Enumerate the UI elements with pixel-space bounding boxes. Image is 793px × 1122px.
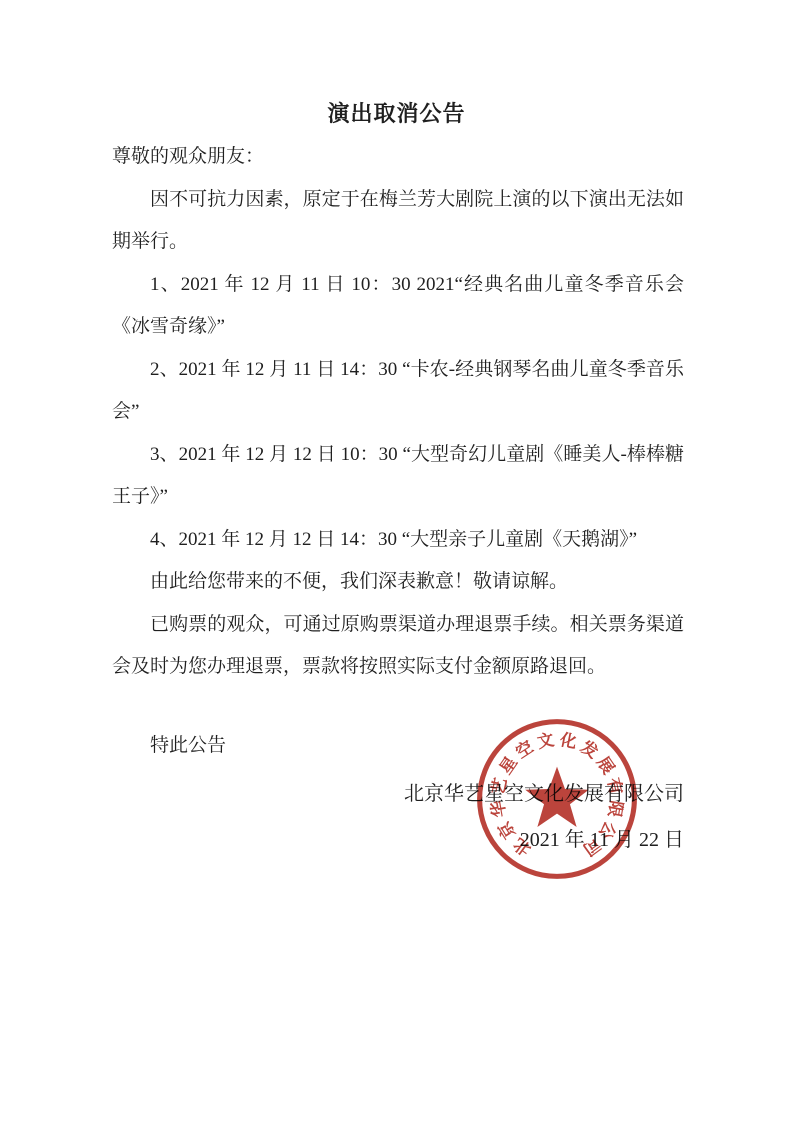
document-body: 尊敬的观众朋友：因不可抗力因素，原定于在梅兰芳大剧院上演的以下演出无法如期举行。… xyxy=(112,136,684,689)
paragraph: 2、2021 年 12 月 11 日 14：30 “卡农-经典钢琴名曲儿童冬季音… xyxy=(112,349,684,434)
seal-char: 展 xyxy=(593,753,618,778)
paragraph: 3、2021 年 12 月 12 日 10：30 “大型奇幻儿童剧《睡美人-棒棒… xyxy=(112,434,684,519)
seal-char: 星 xyxy=(496,753,521,778)
seal-char: 文 xyxy=(535,729,556,752)
signature-company: 北京华艺星空文化发展有限公司 xyxy=(112,781,684,807)
closing-text: 特此公告 xyxy=(150,733,226,759)
seal-char: 化 xyxy=(557,729,579,752)
paragraph: 由此给您带来的不便，我们深表歉意！敬请谅解。 xyxy=(112,561,684,604)
paragraph: 已购票的观众，可通过原购票渠道办理退票手续。相关票务渠道会及时为您办理退票，票款… xyxy=(112,604,684,689)
paragraph: 尊敬的观众朋友： xyxy=(112,136,684,179)
signature-date: 2021 年 11 月 22 日 xyxy=(112,827,684,853)
seal-char: 空 xyxy=(512,736,537,762)
paragraph: 1、2021 年 12 月 11 日 10：30 2021“经典名曲儿童冬季音乐… xyxy=(112,264,684,349)
paragraph: 因不可抗力因素，原定于在梅兰芳大剧院上演的以下演出无法如期举行。 xyxy=(112,179,684,264)
paragraph: 4、2021 年 12 月 12 日 14：30 “大型亲子儿童剧《天鹅湖》” xyxy=(112,519,684,562)
document-page: 演出取消公告 尊敬的观众朋友：因不可抗力因素，原定于在梅兰芳大剧院上演的以下演出… xyxy=(0,0,793,1122)
document-title: 演出取消公告 xyxy=(0,98,793,130)
seal-char: 发 xyxy=(576,736,602,763)
